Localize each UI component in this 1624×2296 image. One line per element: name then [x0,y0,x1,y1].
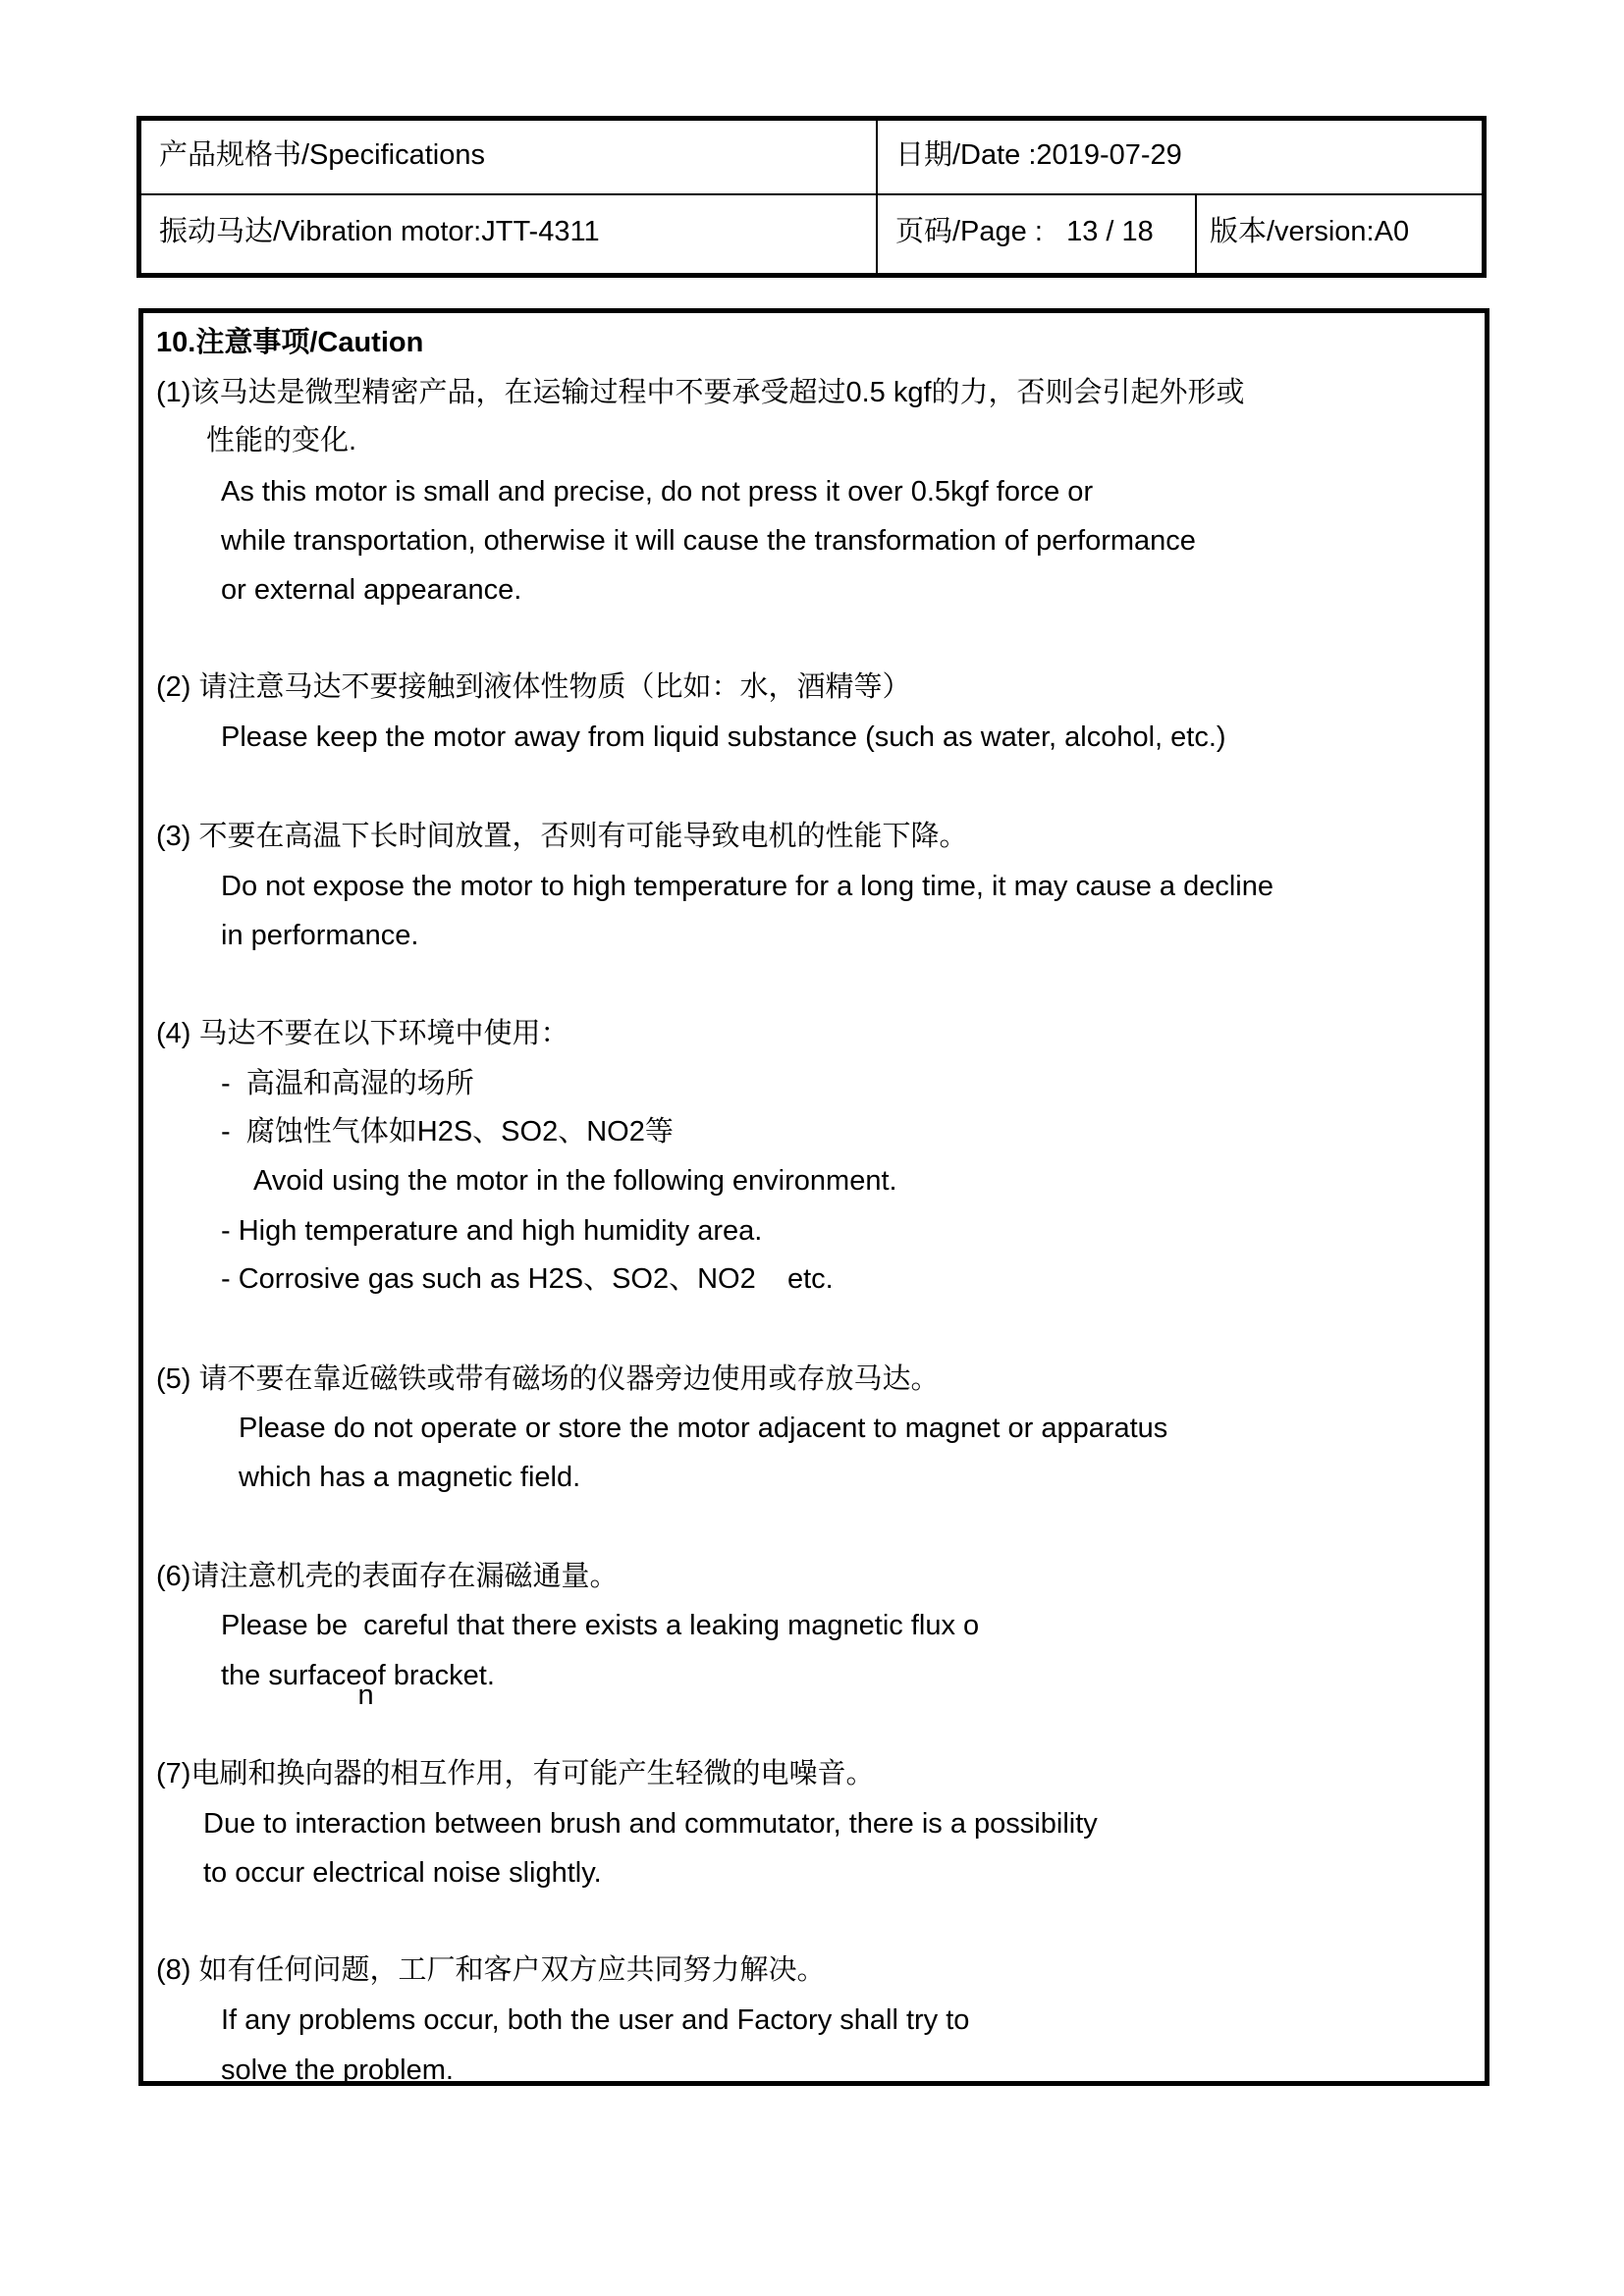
overlapping-glyph-text: n [357,1679,373,1712]
item-4-cn-line-2: - 高温和高湿的场所 [221,1067,474,1100]
item-8-cn-line-1: (8) 如有任何问题，工厂和客户双方应共同努力解决。 [156,1953,826,1987]
item-6-cn-line-1: (6)请注意机壳的表面存在漏磁通量。 [156,1560,618,1593]
header-column-divider [876,121,878,273]
item-1-en-line-1: As this motor is small and precise, do n… [221,475,1093,508]
spec-label: 产品规格书/Specifications [159,138,485,172]
item-text: the surface [221,1660,361,1691]
item-text: 请注意机壳的表面存在漏磁通量。 [190,1561,618,1592]
page-label: 页码/Page : 13 / 18 [895,215,1154,248]
item-text: of bracket. [361,1660,494,1691]
item-5-en-line-2: which has a magnetic field. [239,1461,580,1494]
header-column-divider [1195,195,1197,273]
item-number: (8) [156,1954,190,1986]
item-number: (7) [156,1758,190,1789]
item-number: (2) [156,671,190,703]
item-4-en-line-2: - High temperature and high humidity are… [221,1214,762,1248]
item-number: (3) [156,821,190,852]
item-number: (1) [156,377,190,408]
item-7-en-line-2: to occur electrical noise slightly. [203,1856,602,1890]
item-8-en-line-2: solve the problem. [221,2054,454,2087]
header-row-divider [141,193,1482,195]
item-7-cn-line-1: (7)电刷和换向器的相互作用，有可能产生轻微的电噪音。 [156,1757,874,1790]
item-number: (6) [156,1561,190,1592]
section-title: 10.注意事项/Caution [156,326,423,359]
item-7-en-line-1: Due to interaction between brush and com… [203,1807,1098,1841]
item-text: 如有任何问题，工厂和客户双方应共同努力解决。 [199,1954,826,1986]
version-label: 版本/version:A0 [1210,215,1409,248]
item-8-en-line-1: If any problems occur, both the user and… [221,2003,969,2037]
date-label: 日期/Date :2019-07-29 [895,138,1182,172]
item-1-en-line-2: while transportation, otherwise it will … [221,524,1196,558]
item-4-cn-line-1: (4) 马达不要在以下环境中使用： [156,1017,569,1050]
item-text: 电刷和换向器的相互作用，有可能产生轻微的电噪音。 [190,1758,874,1789]
item-4-cn-line-3: - 腐蚀性气体如H2S、SO2、NO2等 [221,1115,674,1148]
item-1-en-line-3: or external appearance. [221,573,521,607]
item-5-cn-line-1: (5) 请不要在靠近磁铁或带有磁场的仪器旁边使用或存放马达。 [156,1362,940,1396]
item-6-en-line-1: Please be careful that there exists a le… [221,1609,979,1642]
item-4-en-line-3: - Corrosive gas such as H2S、SO2、NO2 etc. [221,1262,834,1296]
item-1-cn-line-2: 性能的变化. [206,424,356,457]
item-5-en-line-1: Please do not operate or store the motor… [239,1412,1167,1445]
item-6-en-line-2: the surfacenof bracket. [221,1659,495,1692]
item-3-cn-line-1: (3) 不要在高温下长时间放置，否则有可能导致电机的性能下降。 [156,820,968,853]
item-text: 该马达是微型精密产品，在运输过程中不要承受超过0.5 kgf的力，否则会引起外形… [190,377,1244,408]
item-1-cn-line-1: (1)该马达是微型精密产品，在运输过程中不要承受超过0.5 kgf的力，否则会引… [156,376,1245,409]
item-2-cn-line-1: (2) 请注意马达不要接触到液体性物质（比如：水，酒精等） [156,670,911,704]
item-text: 马达不要在以下环境中使用： [199,1018,569,1049]
item-4-en-line-1: Avoid using the motor in the following e… [253,1164,897,1198]
product-label: 振动马达/Vibration motor:JTT-4311 [159,215,600,248]
item-number: (5) [156,1363,190,1395]
item-text: 不要在高温下长时间放置，否则有可能导致电机的性能下降。 [199,821,968,852]
item-text: 请注意马达不要接触到液体性物质（比如：水，酒精等） [199,671,911,703]
item-2-en-line-1: Please keep the motor away from liquid s… [221,721,1226,754]
item-3-en-line-2: in performance. [221,919,419,952]
item-number: (4) [156,1018,190,1049]
item-3-en-line-1: Do not expose the motor to high temperat… [221,870,1273,903]
header-table: 产品规格书/Specifications 日期/Date :2019-07-29… [136,116,1487,278]
item-text: 请不要在靠近磁铁或带有磁场的仪器旁边使用或存放马达。 [199,1363,940,1395]
